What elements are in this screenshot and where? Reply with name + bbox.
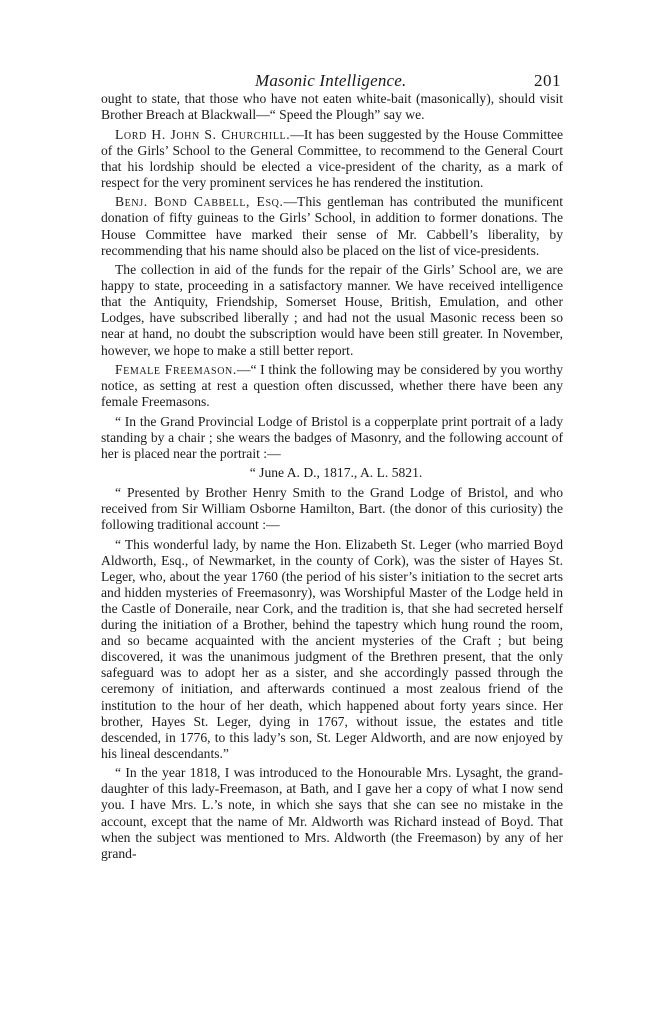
paragraph-text: “ June A. D., 1817., A. L. 5821. [250,465,423,480]
paragraph-cabbell: Benj. Bond Cabbell, Esq.—This gentleman … [101,194,563,258]
running-title: Masonic Intelligence. [255,71,406,91]
paragraph-wonderful-lady: “ This wonderful lady, by name the Hon. … [101,537,563,762]
paragraph-text: “ This wonderful lady, by name the Hon. … [101,537,563,761]
paragraph-churchill: Lord H. John S. Churchill.—It has been s… [101,127,563,191]
paragraph-lead-heading: Female Freemason. [115,362,237,377]
paragraph-text: “ Presented by Brother Henry Smith to th… [101,485,563,532]
paragraph-lead-suffix: Esq. [250,194,283,209]
paragraph-date-line: “ June A. D., 1817., A. L. 5821. [101,465,563,481]
paragraph-presented-by: “ Presented by Brother Henry Smith to th… [101,485,563,533]
paragraph-female-freemason: Female Freemason.—“ I think the followin… [101,362,563,410]
paragraph-lead-heading: Benj. Bond Cabbell, [115,194,250,209]
page-number: 201 [534,71,561,91]
paragraph-lead-heading: Lord H. John S. Churchill. [115,127,290,142]
paragraph-text: ought to state, that those who have not … [101,91,563,122]
paragraph-collection: The collection in aid of the funds for t… [101,262,563,359]
paragraph-text: “ In the Grand Provincial Lodge of Brist… [101,414,563,461]
body-text: ought to state, that those who have not … [101,91,563,865]
paragraph-whitebait: ought to state, that those who have not … [101,91,563,123]
paragraph-year-1818: “ In the year 1818, I was introduced to … [101,765,563,862]
running-head: Masonic Intelligence. 201 [101,71,563,91]
paragraph-text: The collection in aid of the funds for t… [101,262,563,357]
paragraph-bristol-lodge: “ In the Grand Provincial Lodge of Brist… [101,414,563,462]
paragraph-text: “ In the year 1818, I was introduced to … [101,765,563,860]
